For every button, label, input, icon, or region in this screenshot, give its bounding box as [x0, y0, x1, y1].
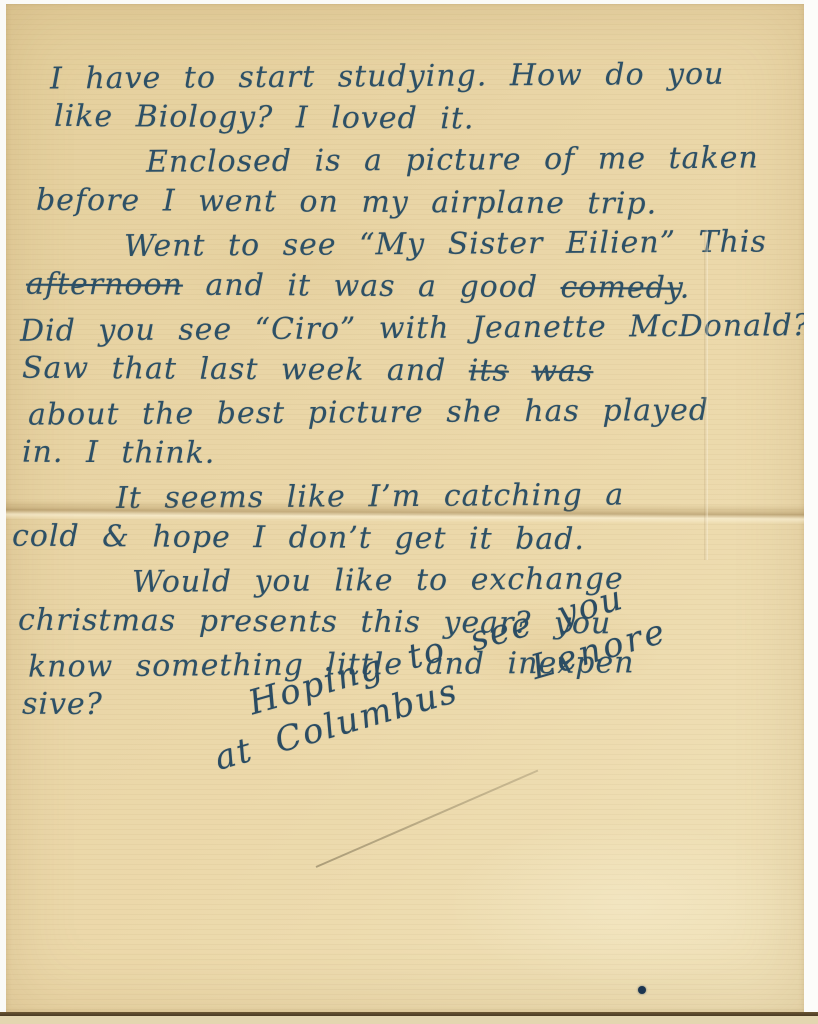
handwritten-text: [509, 354, 532, 389]
letter-scan: I have to start studying. How do youlike…: [0, 0, 818, 1024]
letter-line: Did you see “Ciro” with Jeanette McDonal…: [6, 305, 804, 353]
scan-margin-left: [0, 0, 6, 1024]
handwritten-text: Enclosed is a picture of me taken: [146, 141, 759, 180]
letter-line: Went to see “My Sister Eilien” This: [6, 221, 804, 269]
struck-text: its: [469, 353, 509, 388]
scan-margin-bottom: [0, 1016, 818, 1024]
vertical-fold-crease: [704, 230, 708, 560]
struck-text: afternoon: [26, 267, 183, 303]
letter-lines: I have to start studying. How do youlike…: [6, 56, 804, 728]
letter-line: in. I think.: [6, 432, 804, 479]
letter-line: about the best picture she has played: [6, 389, 804, 437]
letter-paper: I have to start studying. How do youlike…: [6, 4, 804, 1012]
letter-line: I have to start studying. How do you: [6, 53, 804, 101]
scratch-crease-line: [316, 770, 539, 868]
struck-text: comedy: [560, 270, 679, 306]
handwritten-text: .: [680, 271, 691, 306]
handwritten-text: sive?: [22, 687, 103, 722]
handwritten-text: in. I think.: [22, 435, 216, 471]
handwritten-text: like Biology? I loved it.: [54, 99, 475, 137]
letter-line: like Biology? I loved it.: [6, 96, 804, 143]
struck-text: was: [531, 354, 593, 389]
ink-dot: [638, 986, 646, 994]
scan-margin-right: [804, 0, 818, 1024]
letter-line: before I went on my airplane trip.: [6, 180, 804, 227]
handwritten-text: Saw that last week and: [22, 351, 469, 389]
handwritten-text: about the best picture she has played: [28, 393, 709, 433]
letter-line: Saw that last week and its was: [6, 348, 804, 395]
letter-line: Would you like to exchange: [6, 557, 804, 605]
handwritten-text: I have to start studying. How do you: [50, 57, 725, 97]
handwritten-text: before I went on my airplane trip.: [36, 183, 657, 222]
scan-margin-top: [0, 0, 818, 4]
handwritten-text: Went to see “My Sister Eilien” This: [124, 224, 767, 263]
handwritten-text: cold & hope I don’t get it bad.: [12, 519, 585, 557]
handwritten-text: and it was a good: [183, 268, 561, 305]
handwritten-text: Would you like to exchange: [132, 561, 624, 599]
letter-line: afternoon and it was a good comedy.: [6, 264, 804, 311]
letter-line: Enclosed is a picture of me taken: [6, 137, 804, 185]
handwritten-text: Did you see “Ciro” with Jeanette McDonal…: [20, 308, 810, 349]
